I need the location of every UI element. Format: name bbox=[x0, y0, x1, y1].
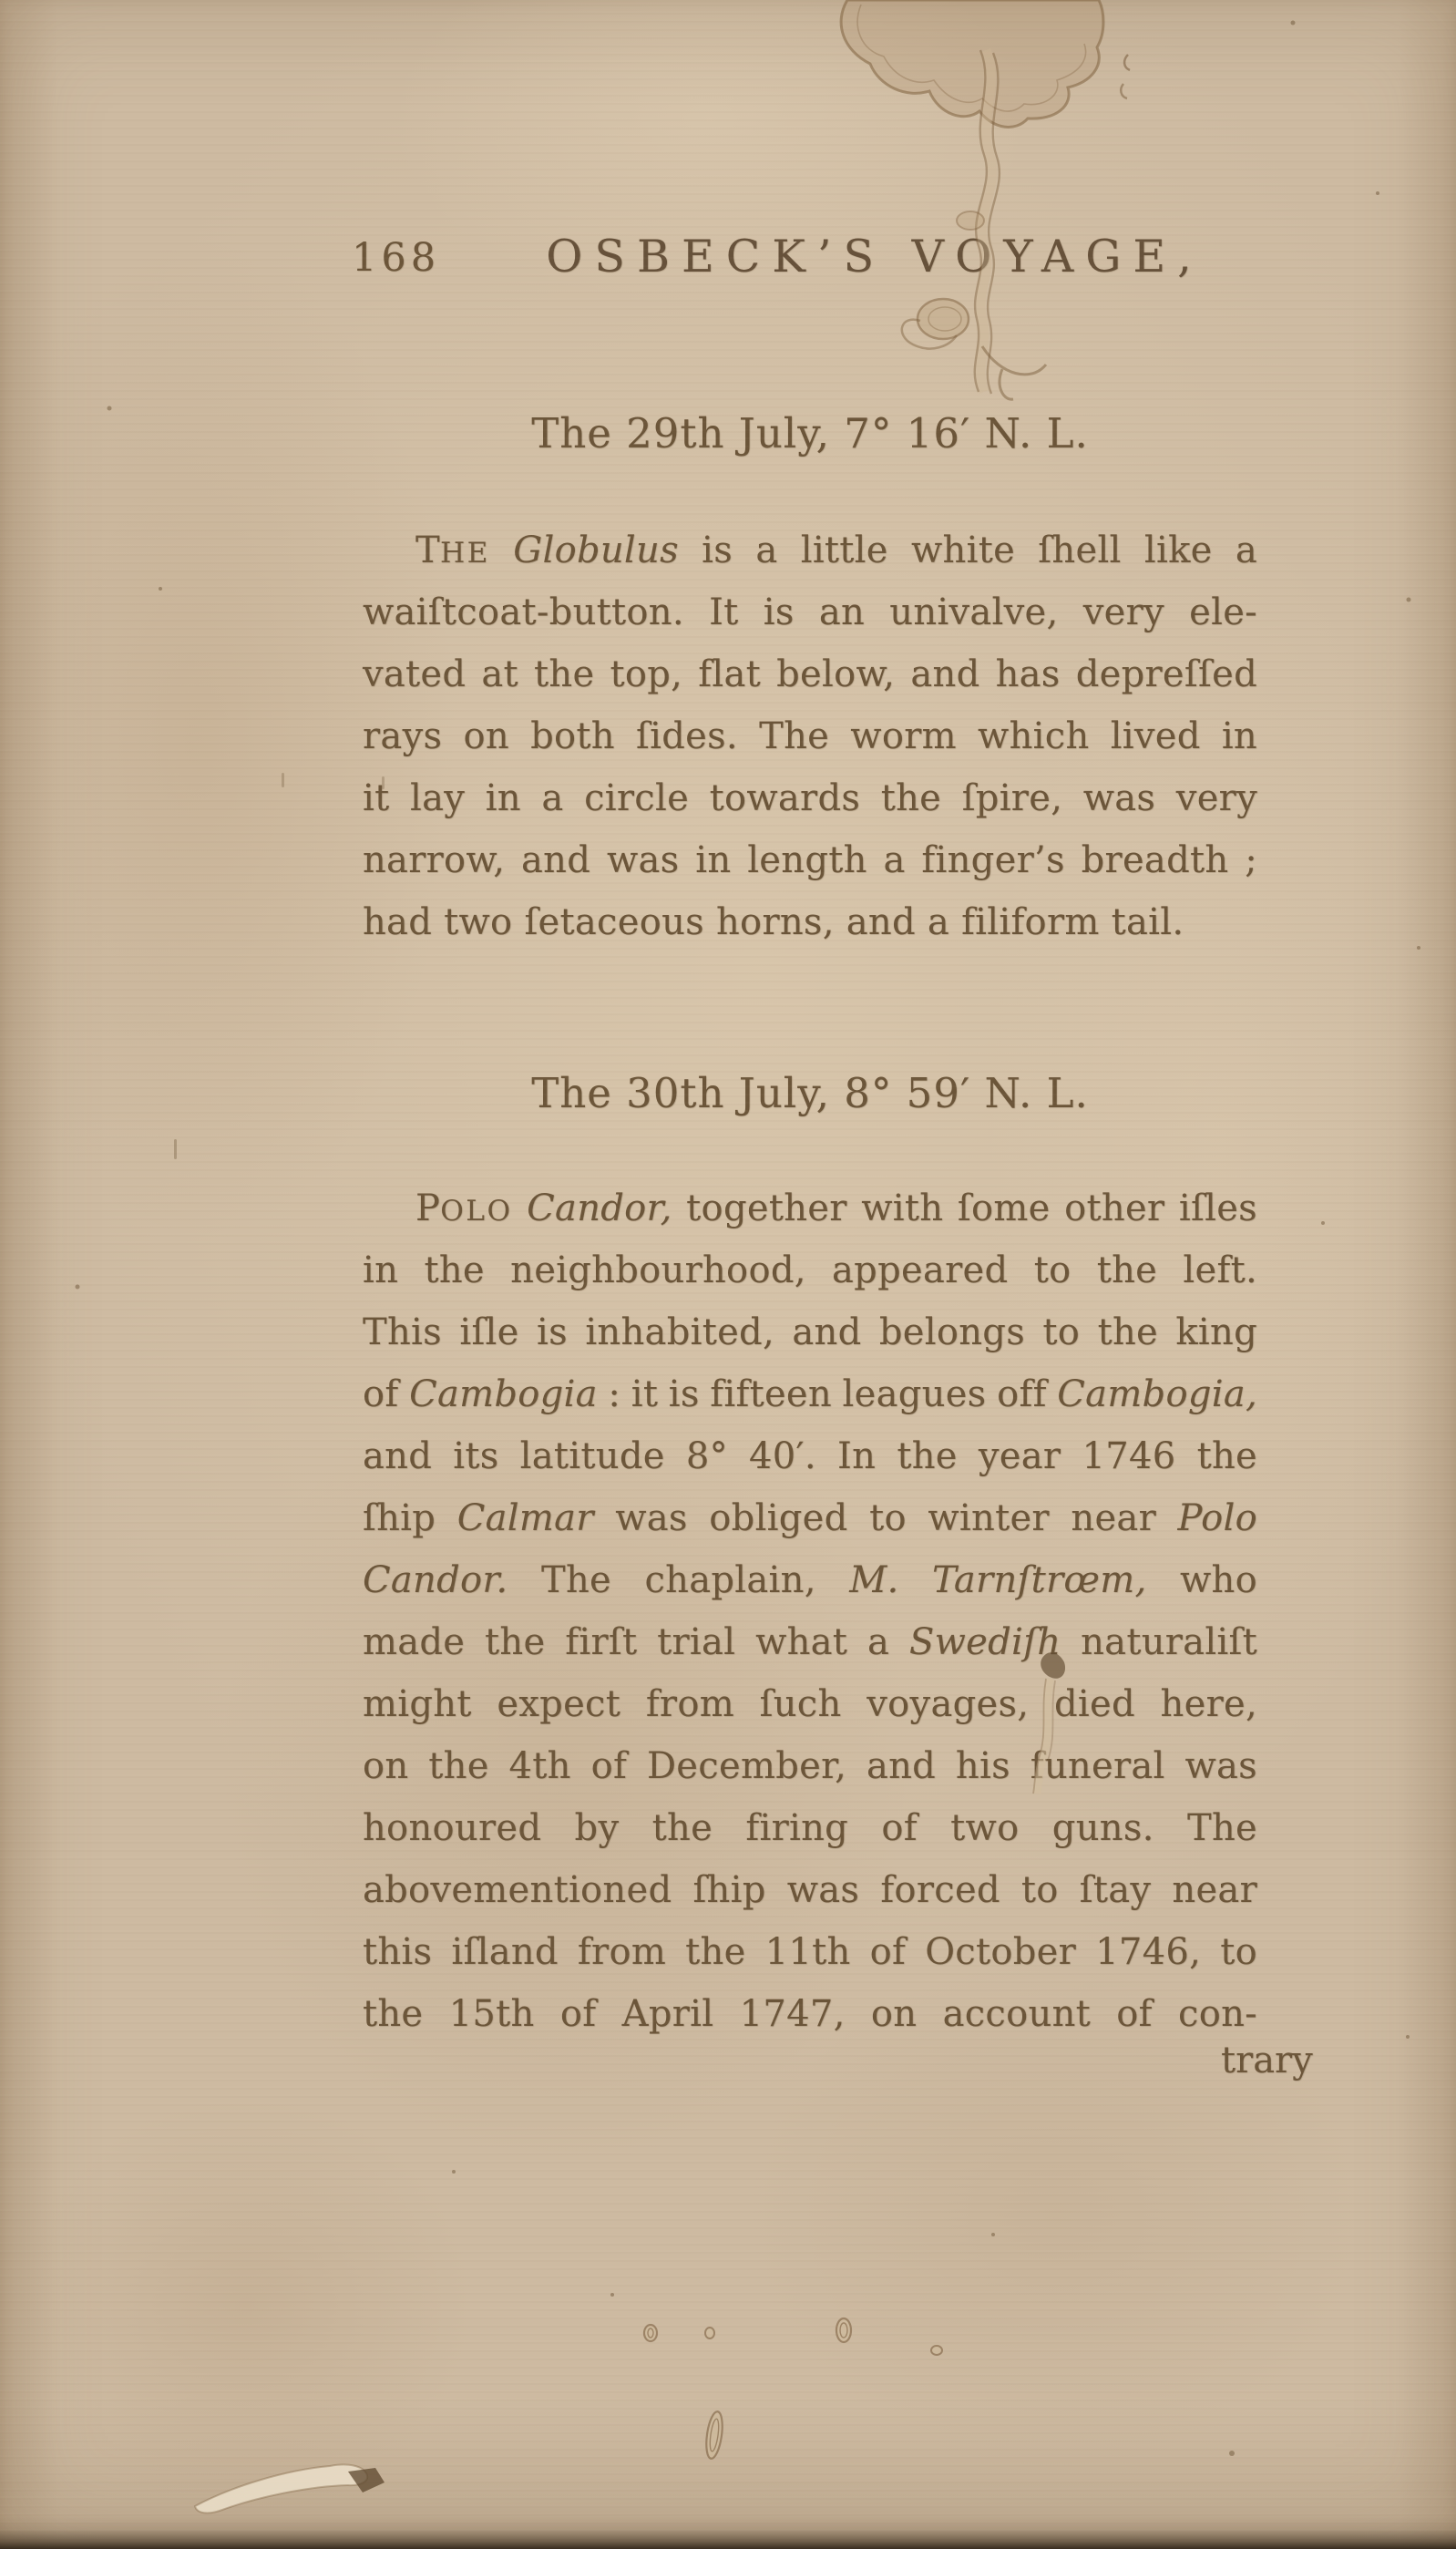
text-segment: Globulus bbox=[513, 529, 679, 571]
paragraph-polo-candor: POLO Candor, together with ſome other iſ… bbox=[363, 1177, 1257, 2045]
text-segment: Polo bbox=[1178, 1497, 1257, 1539]
text-segment: : it is fifteen leagues off bbox=[598, 1373, 1057, 1415]
paragraph-globulus: THE Globulus is a little white ſhell lik… bbox=[363, 519, 1257, 953]
text-segment: had two ſetaceous horns, and a filiform … bbox=[363, 901, 1184, 943]
section-heading-29-july: The 29th July, 7° 16′ N. L. bbox=[363, 406, 1257, 461]
text-line: had two ſetaceous horns, and a filiform … bbox=[363, 891, 1257, 953]
text-segment: This iſle is inhabited, and belongs to t… bbox=[363, 1311, 1257, 1353]
text-segment: who bbox=[1147, 1559, 1258, 1601]
running-title: OSBECK’S VOYAGE, bbox=[474, 228, 1276, 286]
water-stain-top bbox=[841, 0, 1130, 399]
catchword: trary bbox=[1221, 2040, 1313, 2081]
text-segment: The chaplain, bbox=[508, 1559, 849, 1601]
text-segment: and its latitude 8° 40′. In the year 174… bbox=[363, 1435, 1257, 1477]
text-segment: Candor, bbox=[527, 1187, 672, 1229]
text-segment: Swediſh bbox=[909, 1621, 1061, 1663]
text-segment: it lay in a circle towards the ſpire, wa… bbox=[363, 777, 1257, 819]
text-segment: naturaliſt bbox=[1061, 1621, 1257, 1663]
text-line: might expect from ſuch voyages, died her… bbox=[363, 1673, 1257, 1735]
text-segment: made the firſt trial what a bbox=[363, 1621, 909, 1663]
text-segment bbox=[490, 529, 513, 571]
text-segment: in the neighbourhood, appeared to the le… bbox=[363, 1249, 1257, 1291]
text-line: honoured by the firing of two guns. The bbox=[363, 1797, 1257, 1859]
text-segment: was obliged to winter near bbox=[594, 1497, 1178, 1539]
text-line: This iſle is inhabited, and belongs to t… bbox=[363, 1301, 1257, 1363]
text-line: THE Globulus is a little white ſhell lik… bbox=[363, 519, 1257, 581]
text-segment: HE bbox=[440, 537, 490, 570]
text-segment: Cambogia, bbox=[1057, 1373, 1257, 1415]
text-segment: abovementioned ſhip was forced to ſtay n… bbox=[363, 1869, 1257, 1911]
paper-mottle bbox=[18, 2096, 474, 2515]
scan-bottom-edge bbox=[0, 2516, 1456, 2549]
text-line: ſhip Calmar was obliged to winter near P… bbox=[363, 1487, 1257, 1549]
text-segment: T bbox=[415, 529, 440, 571]
text-segment: M. Tarnſtrœm, bbox=[849, 1559, 1146, 1601]
text-line: and its latitude 8° 40′. In the year 174… bbox=[363, 1425, 1257, 1487]
text-line: this iſland from the 11th of October 174… bbox=[363, 1921, 1257, 1983]
text-line: narrow, and was in length a finger’s bre… bbox=[363, 829, 1257, 891]
text-segment: P bbox=[415, 1187, 440, 1229]
text-line: it lay in a circle towards the ſpire, wa… bbox=[363, 767, 1257, 829]
section-heading-30-july: The 30th July, 8° 59′ N. L. bbox=[363, 1066, 1257, 1121]
text-line: vated at the top, flat below, and has de… bbox=[363, 643, 1257, 705]
text-segment: Candor. bbox=[363, 1559, 508, 1601]
text-line: made the firſt trial what a Swediſh natu… bbox=[363, 1611, 1257, 1673]
wormhole-spots bbox=[644, 2318, 942, 2460]
text-segment: Cambogia bbox=[409, 1373, 598, 1415]
text-segment: might expect from ſuch voyages, died her… bbox=[363, 1683, 1257, 1725]
text-segment: ſhip bbox=[363, 1497, 457, 1539]
text-line: Candor. The chaplain, M. Tarnſtrœm, who bbox=[363, 1549, 1257, 1611]
page-number: 168 bbox=[352, 230, 440, 286]
text-segment: Calmar bbox=[457, 1497, 594, 1539]
text-line: of Cambogia : it is fifteen leagues off … bbox=[363, 1363, 1257, 1425]
text-segment: rays on both ſides. The worm which lived… bbox=[363, 715, 1257, 757]
text-line: in the neighbourhood, appeared to the le… bbox=[363, 1239, 1257, 1301]
text-segment: is a little white ſhell like a bbox=[679, 529, 1257, 571]
text-line: abovementioned ſhip was forced to ſtay n… bbox=[363, 1859, 1257, 1921]
scan-corner-shadow bbox=[1374, 2494, 1456, 2549]
text-segment: of bbox=[363, 1373, 409, 1415]
text-segment: waiſtcoat-button. It is an univalve, ver… bbox=[363, 591, 1257, 633]
text-line: waiſtcoat-button. It is an univalve, ver… bbox=[363, 581, 1257, 643]
text-segment bbox=[513, 1187, 528, 1229]
text-segment: honoured by the firing of two guns. The bbox=[363, 1807, 1257, 1849]
text-segment: on the 4th of December, and his funeral … bbox=[363, 1745, 1257, 1787]
text-line: the 15th of April 1747, on account of co… bbox=[363, 1983, 1257, 2045]
text-line: on the 4th of December, and his funeral … bbox=[363, 1735, 1257, 1797]
text-segment: this iſland from the 11th of October 174… bbox=[363, 1931, 1257, 1973]
book-page-scan: 168 OSBECK’S VOYAGE, The 29th July, 7° 1… bbox=[0, 0, 1456, 2549]
text-line: POLO Candor, together with ſome other iſ… bbox=[363, 1177, 1257, 1239]
text-segment: narrow, and was in length a finger’s bre… bbox=[363, 839, 1257, 881]
text-line: rays on both ſides. The worm which lived… bbox=[363, 705, 1257, 767]
text-segment: the 15th of April 1747, on account of co… bbox=[363, 1993, 1257, 2035]
repair-streak bbox=[195, 2464, 385, 2513]
text-segment: vated at the top, flat below, and has de… bbox=[363, 653, 1257, 695]
text-segment: OLO bbox=[440, 1195, 512, 1228]
text-segment: together with ſome other iſles bbox=[672, 1187, 1257, 1229]
